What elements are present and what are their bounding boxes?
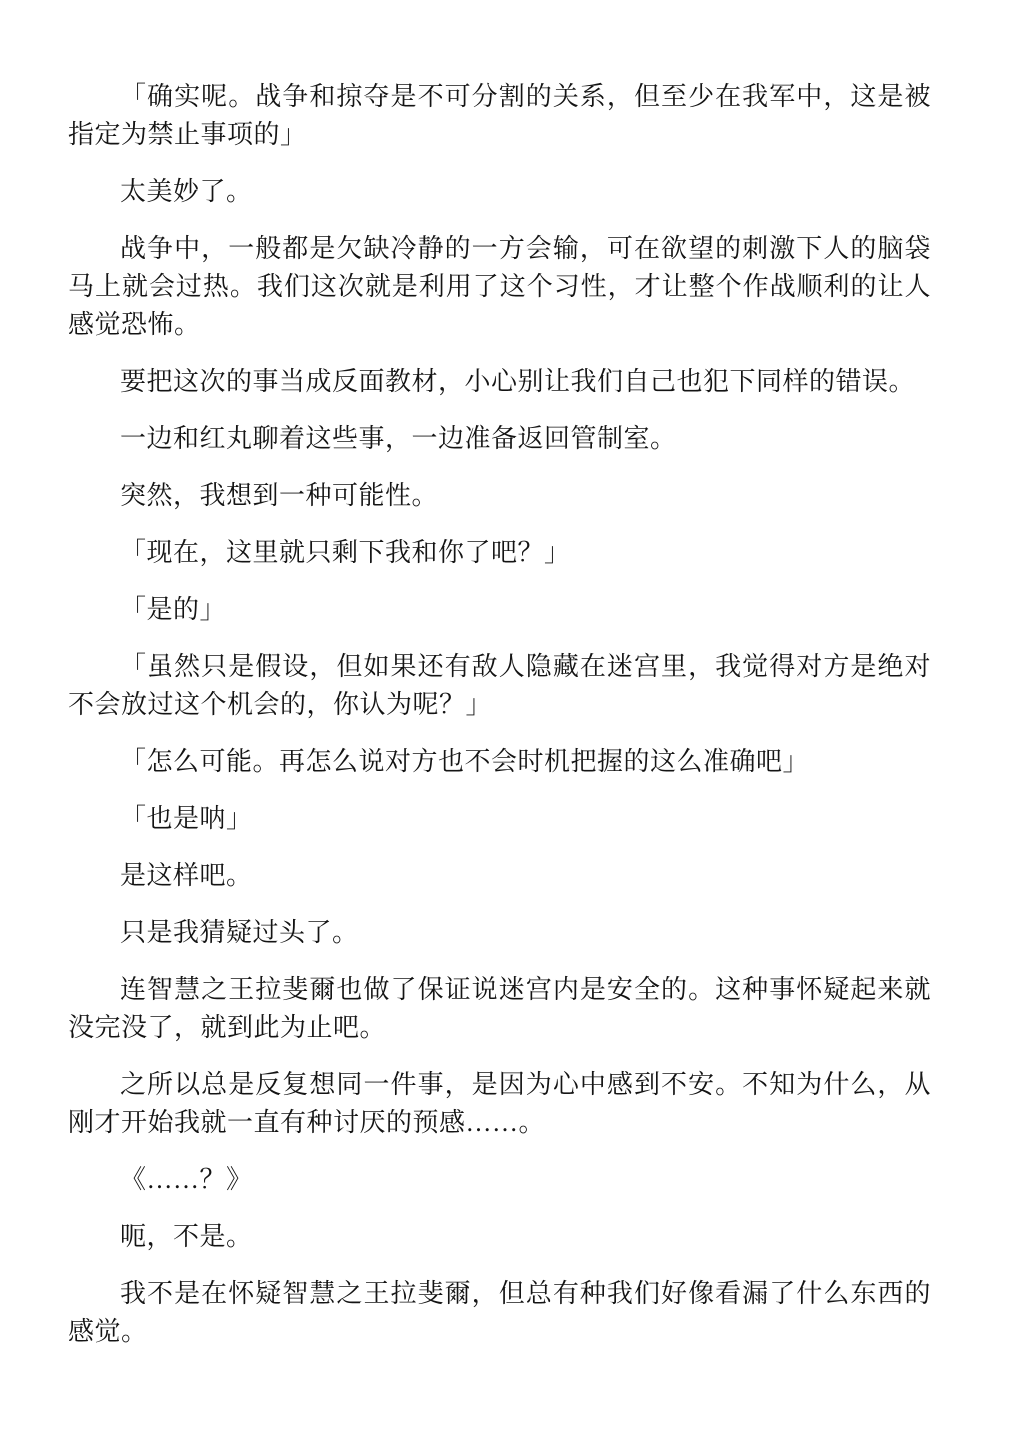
- paragraph-dialogue: 「现在，这里就只剩下我和你了吧？」: [68, 534, 931, 572]
- paragraph-narration: 只是我猜疑过头了。: [68, 914, 931, 952]
- paragraph-narration: 要把这次的事当成反面教材，小心别让我们自己也犯下同样的错误。: [68, 363, 931, 401]
- paragraph-dialogue: 「怎么可能。再怎么说对方也不会时机把握的这么准确吧」: [68, 743, 931, 781]
- paragraph-narration: 我不是在怀疑智慧之王拉斐爾，但总有种我们好像看漏了什么东西的感觉。: [68, 1275, 931, 1351]
- paragraph-dialogue: 「虽然只是假设，但如果还有敌人隐藏在迷宫里，我觉得对方是绝对不会放过这个机会的，…: [68, 648, 931, 724]
- paragraph-narration: 突然，我想到一种可能性。: [68, 477, 931, 515]
- paragraph-narration: 战争中，一般都是欠缺冷静的一方会输，可在欲望的刺激下人的脑袋马上就会过热。我们这…: [68, 230, 931, 344]
- paragraph-narration: 太美妙了。: [68, 173, 931, 211]
- paragraph-narration: 连智慧之王拉斐爾也做了保证说迷宫内是安全的。这种事怀疑起来就没完没了，就到此为止…: [68, 971, 931, 1047]
- paragraph-narration: 是这样吧。: [68, 857, 931, 895]
- paragraph-telepathy: 《……？》: [68, 1161, 931, 1199]
- paragraph-narration: 之所以总是反复想同一件事，是因为心中感到不安。不知为什么，从刚才开始我就一直有种…: [68, 1066, 931, 1142]
- paragraph-narration: 呃，不是。: [68, 1218, 931, 1256]
- document-page: 「确实呢。战争和掠夺是不可分割的关系，但至少在我军中，这是被指定为禁止事项的」 …: [0, 0, 1017, 1437]
- paragraph-narration: 一边和红丸聊着这些事，一边准备返回管制室。: [68, 420, 931, 458]
- paragraph-dialogue: 「是的」: [68, 591, 931, 629]
- paragraph-dialogue: 「确实呢。战争和掠夺是不可分割的关系，但至少在我军中，这是被指定为禁止事项的」: [68, 78, 931, 154]
- paragraph-dialogue: 「也是呐」: [68, 800, 931, 838]
